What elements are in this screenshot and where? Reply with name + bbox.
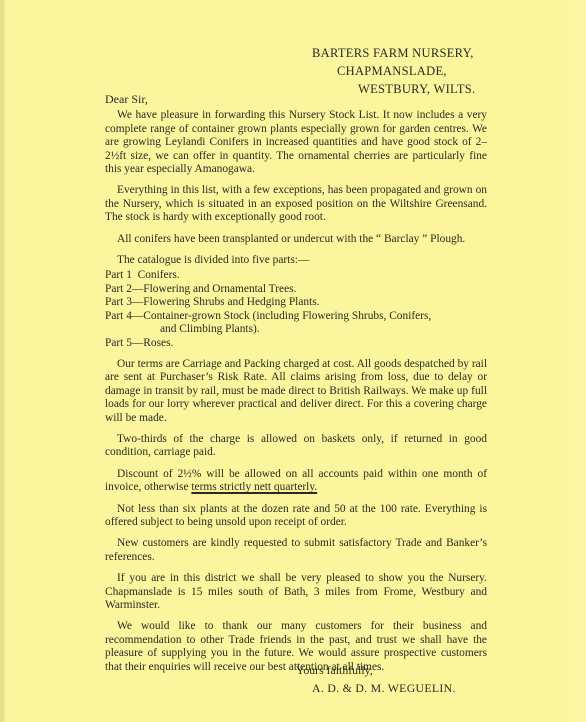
part-label: Part 2 xyxy=(105,283,132,295)
paragraph-baskets: Two-thirds of the charge is allowed on b… xyxy=(105,433,487,460)
letter-closing: Yours faithfully, A. D. & D. M. WEGUELIN… xyxy=(296,661,456,697)
part-label: Part 1 xyxy=(105,269,132,281)
paragraph-discount: Discount of 2½% will be allowed on all a… xyxy=(105,468,487,495)
nett-quarterly-emphasis: terms strictly nett quarterly. xyxy=(191,481,317,493)
letter-body: Dear Sir, We have pleasure in forwarding… xyxy=(105,93,487,682)
paragraph-propagation: Everything in this list, with a few exce… xyxy=(105,184,487,224)
catalogue-part-4: Part 4—Container-grown Stock (including … xyxy=(105,310,487,323)
part-label: Part 5 xyxy=(105,337,132,349)
catalogue-parts-list: Part 1 Conifers. Part 2—Flowering and Or… xyxy=(105,269,487,349)
paragraph-visit: If you are in this district we shall be … xyxy=(105,572,487,612)
part-text: —Container-grown Stock (including Flower… xyxy=(132,310,431,322)
paragraph-catalogue-intro: The catalogue is divided into five parts… xyxy=(105,254,487,267)
catalogue-part-1: Part 1 Conifers. xyxy=(105,269,487,282)
letterhead-line-1: BARTERS FARM NURSERY, xyxy=(312,44,475,62)
paragraph-intro: We have pleasure in forwarding this Nurs… xyxy=(105,109,487,176)
paragraph-quantities: Not less than six plants at the dozen ra… xyxy=(105,503,487,530)
part-text: —Flowering and Ornamental Trees. xyxy=(132,283,297,295)
signature: A. D. & D. M. WEGUELIN. xyxy=(296,679,456,697)
part-label: Part 3 xyxy=(105,296,132,308)
catalogue-part-2: Part 2—Flowering and Ornamental Trees. xyxy=(105,283,487,296)
catalogue-part-4-continuation: and Climbing Plants). xyxy=(105,323,487,336)
part-text: —Flowering Shrubs and Hedging Plants. xyxy=(132,296,320,308)
paragraph-new-customers: New customers are kindly requested to su… xyxy=(105,537,487,564)
letterhead-line-2: CHAPMANSLADE, xyxy=(312,62,475,80)
catalogue-part-3: Part 3—Flowering Shrubs and Hedging Plan… xyxy=(105,296,487,309)
letter-page: BARTERS FARM NURSERY, CHAPMANSLADE, WEST… xyxy=(0,0,586,722)
part-text: —Roses. xyxy=(132,337,173,349)
valediction: Yours faithfully, xyxy=(296,661,456,679)
part-label: Part 4 xyxy=(105,310,132,322)
paper-edge xyxy=(0,0,4,722)
letterhead-address: BARTERS FARM NURSERY, CHAPMANSLADE, WEST… xyxy=(312,44,475,98)
paragraph-terms: Our terms are Carriage and Packing charg… xyxy=(105,358,487,425)
salutation: Dear Sir, xyxy=(105,93,487,106)
paragraph-conifers: All conifers have been transplanted or u… xyxy=(105,233,487,246)
part-text: Conifers. xyxy=(138,269,180,281)
catalogue-part-5: Part 5—Roses. xyxy=(105,337,487,350)
